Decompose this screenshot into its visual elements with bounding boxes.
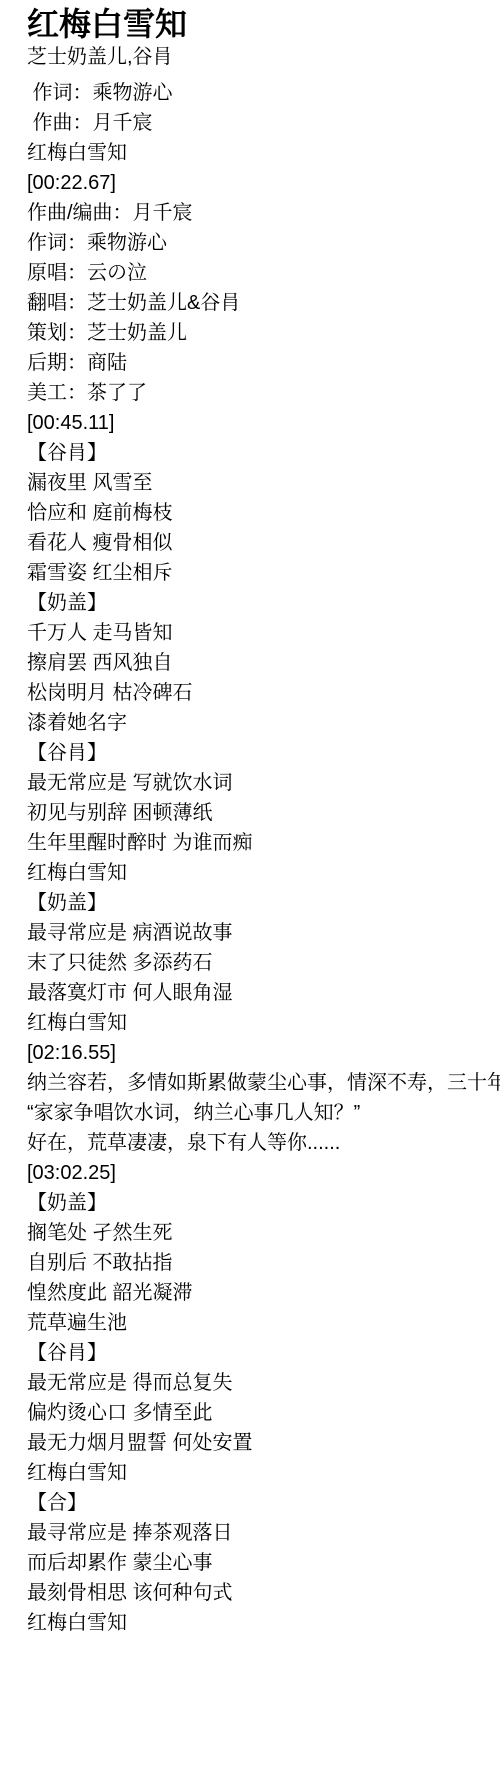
lyric-line: 红梅白雪知 [27, 1458, 500, 1488]
lyric-line: 最无常应是 写就饮水词 [27, 768, 500, 798]
lyric-line: 【谷肙】 [27, 438, 500, 468]
lyrics-page: 红梅白雪知 芝士奶盖儿,谷肙 作词：乘物游心 作曲：月千宸红梅白雪知[00:22… [0, 0, 500, 1780]
lyric-line: 霜雪姿 红尘相斥 [27, 558, 500, 588]
lyric-line: 红梅白雪知 [27, 138, 500, 168]
lyric-line: 作词：乘物游心 [27, 78, 500, 108]
lyric-line: 作曲/编曲：月千宸 [27, 198, 500, 228]
lyric-line: 最落寞灯市 何人眼角湿 [27, 978, 500, 1008]
lyric-line: 作曲：月千宸 [27, 108, 500, 138]
lyric-line: [00:45.11] [27, 408, 500, 438]
lyric-line: 红梅白雪知 [27, 858, 500, 888]
lyric-line: 美工：茶了了 [27, 378, 500, 408]
lyric-line: 好在，荒草凄凄，泉下有人等你...... [27, 1128, 500, 1158]
lyric-line: 末了只徒然 多添药石 [27, 948, 500, 978]
lyric-line: 最无常应是 得而总复失 [27, 1368, 500, 1398]
lyric-line: 后期：商陆 [27, 348, 500, 378]
lyric-line: 初见与别辞 困顿薄纸 [27, 798, 500, 828]
lyric-line: 纳兰容若，多情如斯累做蒙尘心事，情深不寿，三十年 [27, 1068, 500, 1098]
lyric-line: 荒草遍生池 [27, 1308, 500, 1338]
lyric-line: 【奶盖】 [27, 588, 500, 618]
lyric-line: [02:16.55] [27, 1038, 500, 1068]
lyric-line: 自别后 不敢拈指 [27, 1248, 500, 1278]
lyric-line: 偏灼烫心口 多情至此 [27, 1398, 500, 1428]
lyric-line: 擦肩罢 西风独自 [27, 648, 500, 678]
lyric-line: 【奶盖】 [27, 1188, 500, 1218]
lyric-line: 松岗明月 枯冷碑石 [27, 678, 500, 708]
lyric-line: 策划：芝士奶盖儿 [27, 318, 500, 348]
lyric-line: 作词：乘物游心 [27, 228, 500, 258]
lyric-line: 惶然度此 韶光凝滞 [27, 1278, 500, 1308]
lyric-line: 恰应和 庭前梅枝 [27, 498, 500, 528]
page-title: 红梅白雪知 [27, 4, 500, 44]
lyric-line: 【谷肙】 [27, 738, 500, 768]
lyric-line: 而后却累作 蒙尘心事 [27, 1548, 500, 1578]
lyric-line: “家家争唱饮水词，纳兰心事几人知？” [27, 1098, 500, 1128]
lyrics-list: 作词：乘物游心 作曲：月千宸红梅白雪知[00:22.67]作曲/编曲：月千宸作词… [27, 78, 500, 1638]
lyric-line: 【谷肙】 [27, 1338, 500, 1368]
lyric-line: 漏夜里 风雪至 [27, 468, 500, 498]
lyric-line: 翻唱：芝士奶盖儿&谷肙 [27, 288, 500, 318]
lyric-line: 【合】 [27, 1488, 500, 1518]
lyric-line: 漆着她名字 [27, 708, 500, 738]
lyric-line: 【奶盖】 [27, 888, 500, 918]
lyric-line: 搁笔处 孑然生死 [27, 1218, 500, 1248]
lyric-line: 最无力烟月盟誓 何处安置 [27, 1428, 500, 1458]
lyric-line: 红梅白雪知 [27, 1608, 500, 1638]
artist-names: 芝士奶盖儿,谷肙 [27, 44, 500, 70]
lyric-line: 看花人 瘦骨相似 [27, 528, 500, 558]
lyric-line: 红梅白雪知 [27, 1008, 500, 1038]
lyric-line: [00:22.67] [27, 168, 500, 198]
lyric-line: 千万人 走马皆知 [27, 618, 500, 648]
lyric-line: 最寻常应是 捧茶观落日 [27, 1518, 500, 1548]
lyric-line: 生年里醒时醉时 为谁而痴 [27, 828, 500, 858]
lyric-line: [03:02.25] [27, 1158, 500, 1188]
lyric-line: 最刻骨相思 该何种句式 [27, 1578, 500, 1608]
lyric-line: 原唱：云の泣 [27, 258, 500, 288]
lyric-line: 最寻常应是 病酒说故事 [27, 918, 500, 948]
